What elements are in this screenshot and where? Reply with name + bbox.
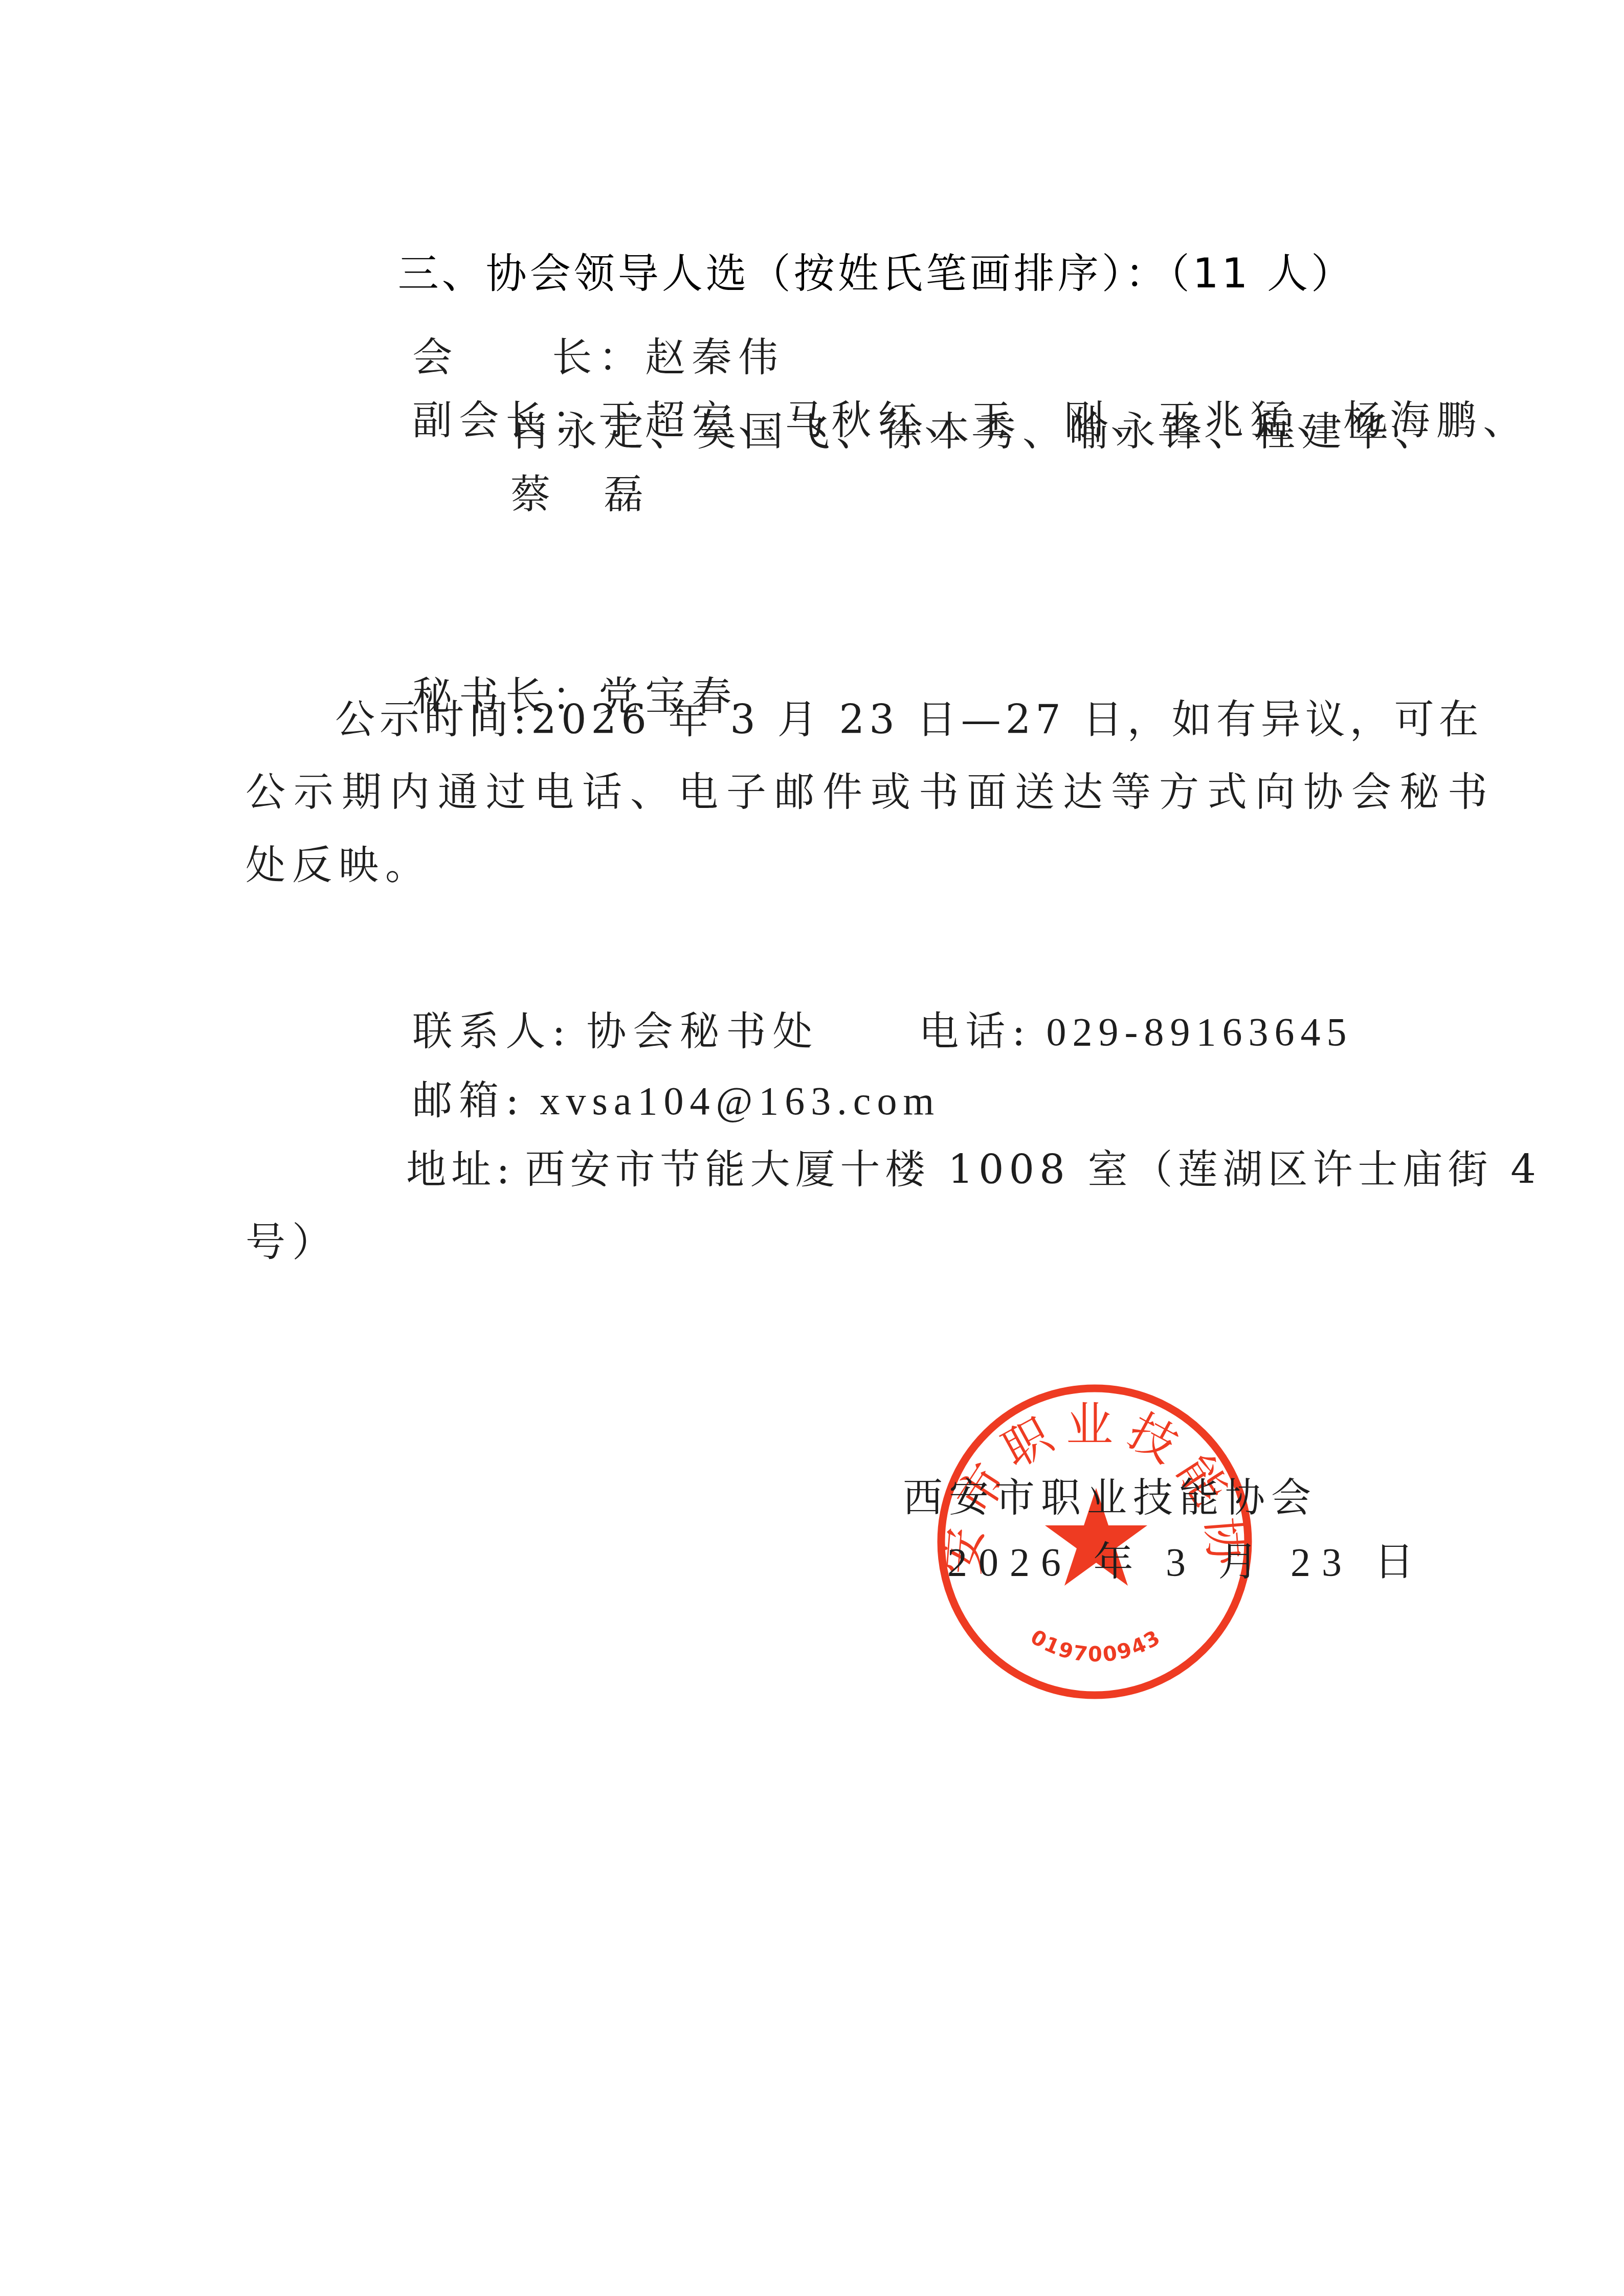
contact-address-row: 地址:西安市节能大厦十楼 1008 室（莲湖区许士庙街 4 — [335, 1093, 1541, 1247]
notice-line-1: 公示时间:2026 年 3 月 23 日—27 日，如有异议，可在 — [335, 694, 1483, 746]
vice-president-names-line-2: 肖永定、吴国飞、徐本秀、喻永锋、程建华、 — [510, 407, 1441, 458]
contact-address-value-line-1: 西安市节能大厦十楼 1008 室（莲湖区许士庙街 4 — [525, 1147, 1541, 1193]
document-page: 三、协会领导人选（按姓氏笔画排序）：（11 人） 会 长：赵秦伟 副会长：于超宏… — [0, 0, 1624, 2296]
notice-line-2: 公示期内通过电话、电子邮件或书面送达等方式向协会秘书 — [246, 767, 1496, 818]
contact-address-label: 地址: — [406, 1147, 515, 1193]
contact-address-value-line-2: 号） — [246, 1217, 339, 1268]
vice-president-names-line-3: 蔡 磊 — [510, 469, 650, 521]
signature-organization: 西安市职业技能协会 — [903, 1473, 1317, 1524]
signature-date: 2026 年 3 月 23 日 — [947, 1537, 1426, 1588]
notice-line-3: 处反映。 — [246, 840, 432, 891]
heading-note: （按姓氏笔画排序）：（11 人） — [750, 250, 1355, 297]
contact-phone-value: 029-89163645 — [1046, 1009, 1352, 1054]
